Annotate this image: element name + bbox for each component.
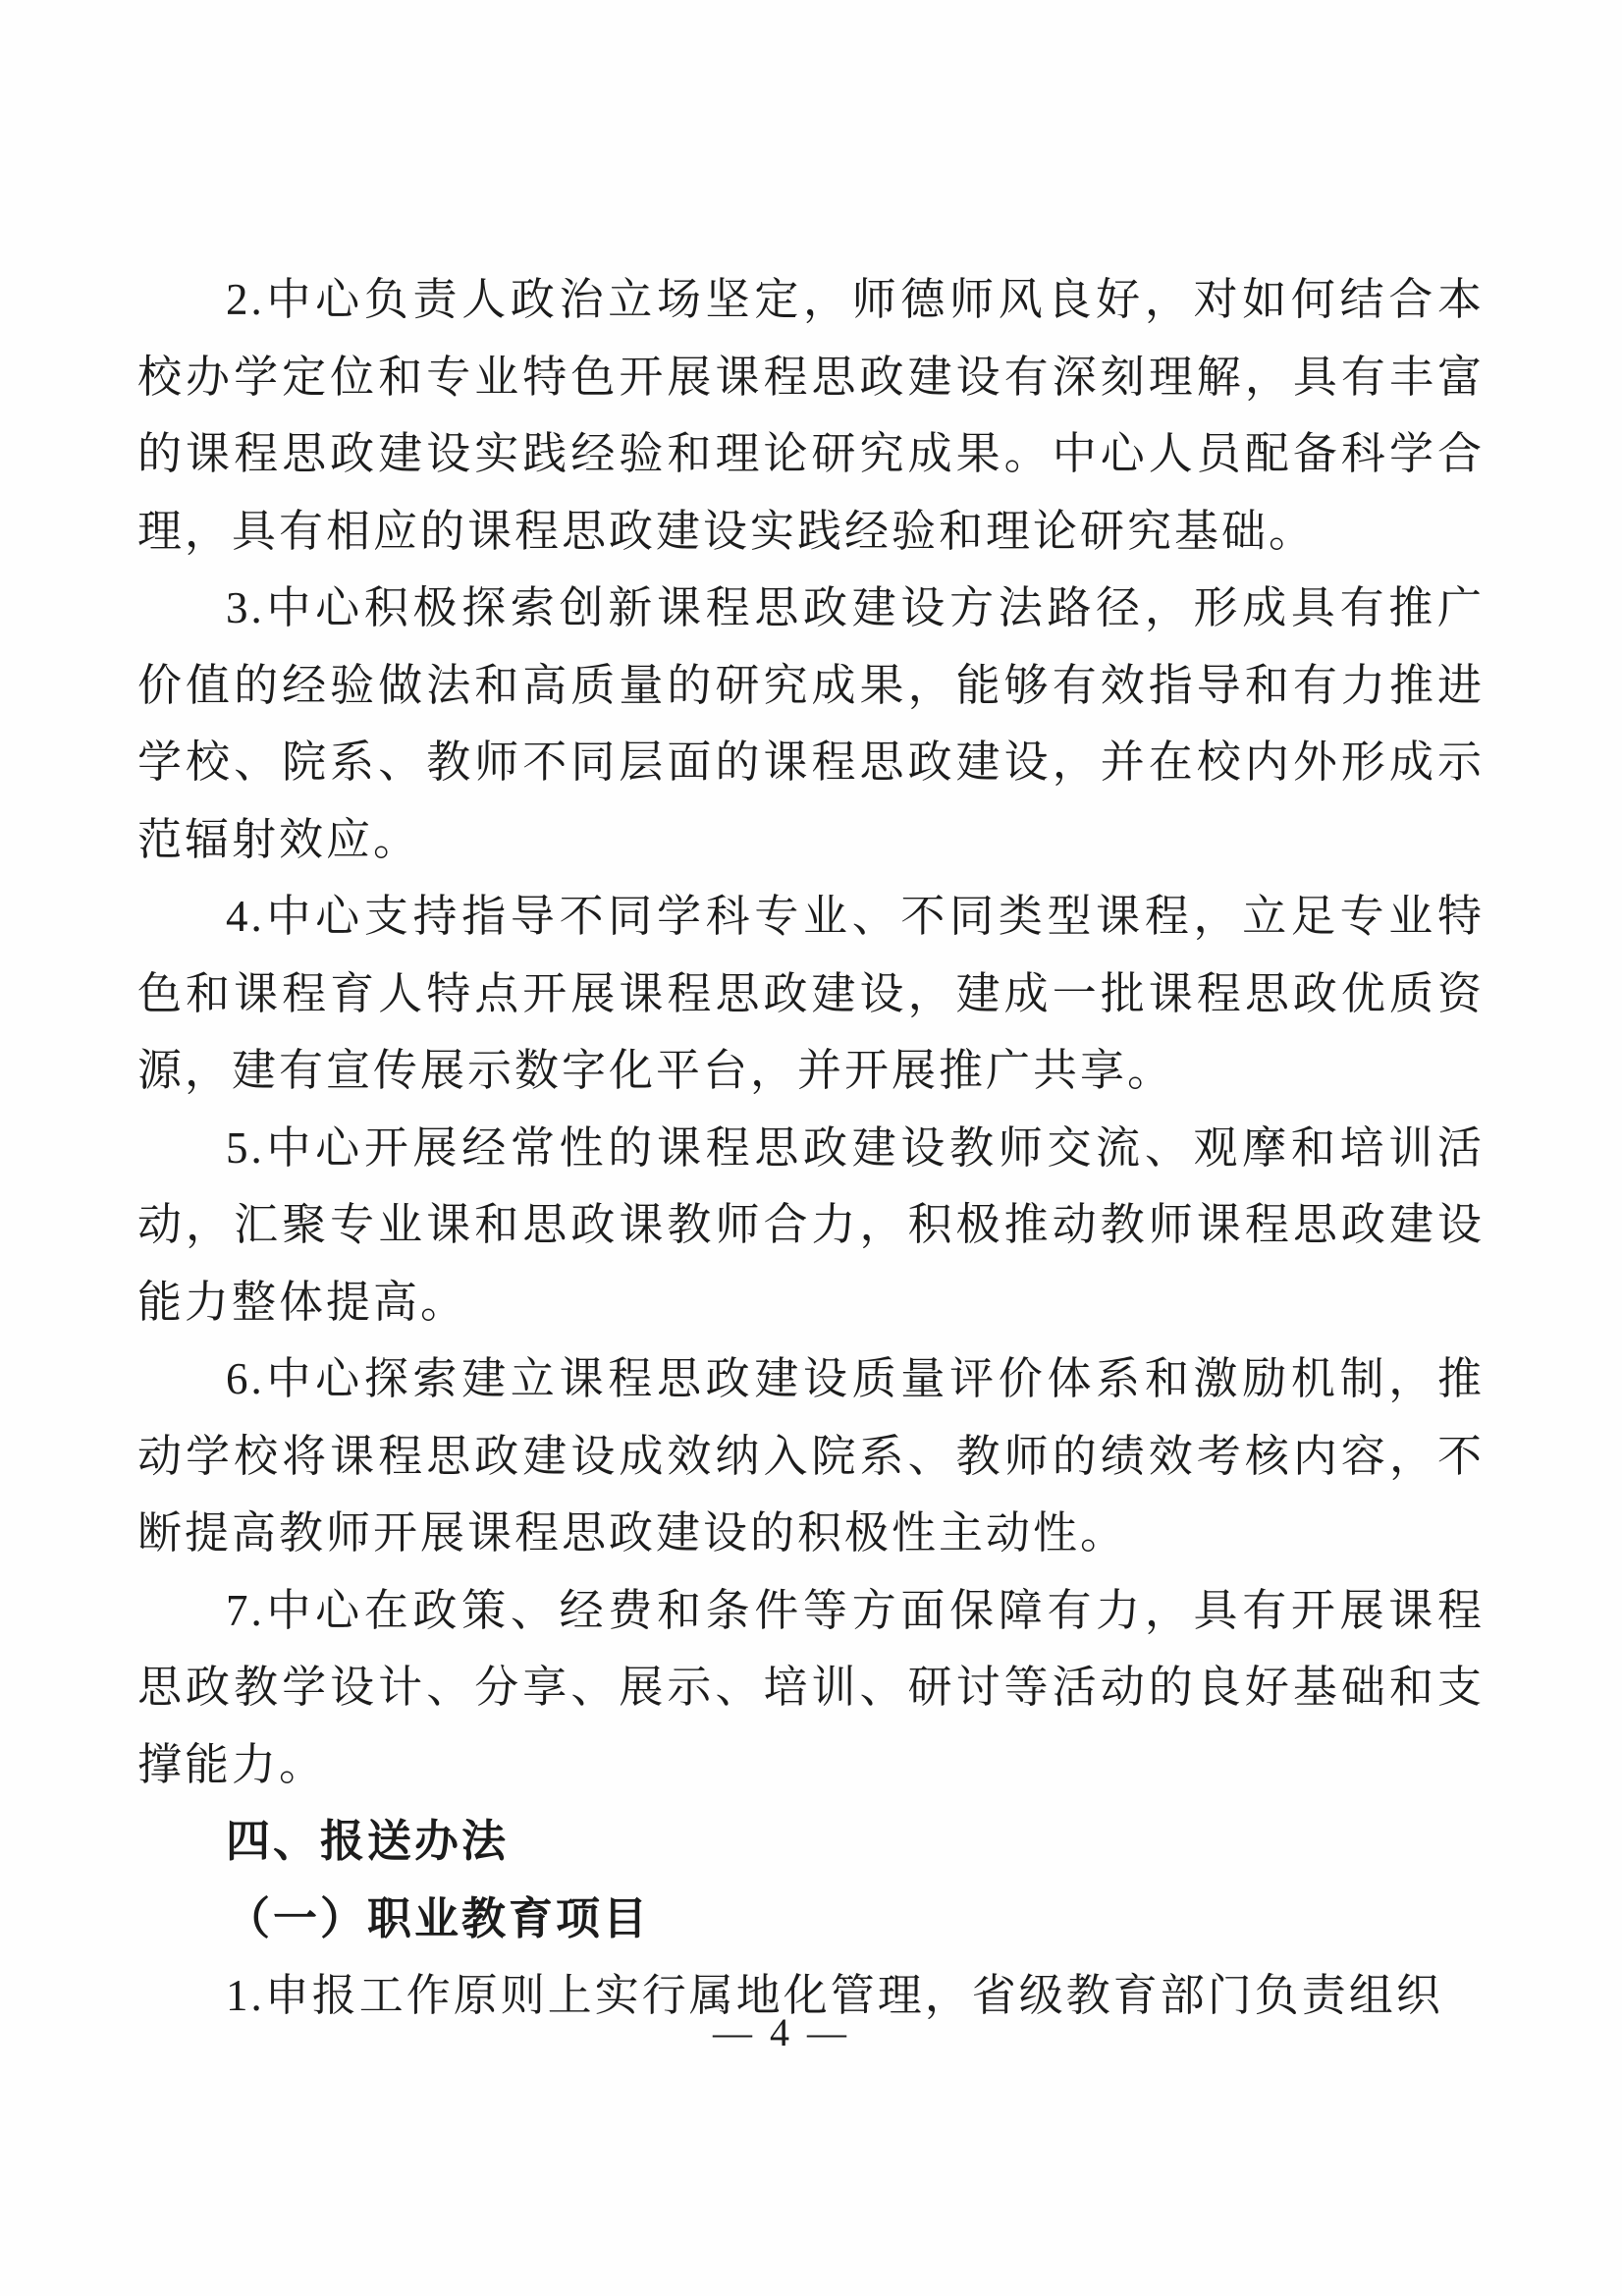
page-content: 2.中心负责人政治立场坚定，师德师风良好，对如何结合本校办学定位和专业特色开展课… [137,261,1485,2035]
body-paragraph-3: 3.中心积极探索创新课程思政建设方法路径，形成具有推广价值的经验做法和高质量的研… [137,570,1485,878]
section-heading: 四、报送办法 [137,1803,1485,1881]
page-number: — 4 — [0,2009,1563,2055]
body-paragraph-6: 6.中心探索建立课程思政建设质量评价体系和激励机制，推动学校将课程思政建设成效纳… [137,1340,1485,1572]
subsection-heading: （一）职业教育项目 [137,1881,1485,1958]
body-paragraph-7: 7.中心在政策、经费和条件等方面保障有力，具有开展课程思政教学设计、分享、展示、… [137,1572,1485,1804]
body-paragraph-4: 4.中心支持指导不同学科专业、不同类型课程，立足专业特色和课程育人特点开展课程思… [137,878,1485,1110]
body-paragraph-2: 2.中心负责人政治立场坚定，师德师风良好，对如何结合本校办学定位和专业特色开展课… [137,261,1485,570]
document-page: 2.中心负责人政治立场坚定，师德师风良好，对如何结合本校办学定位和专业特色开展课… [0,0,1622,2296]
body-paragraph-5: 5.中心开展经常性的课程思政建设教师交流、观摩和培训活动，汇聚专业课和思政课教师… [137,1110,1485,1341]
